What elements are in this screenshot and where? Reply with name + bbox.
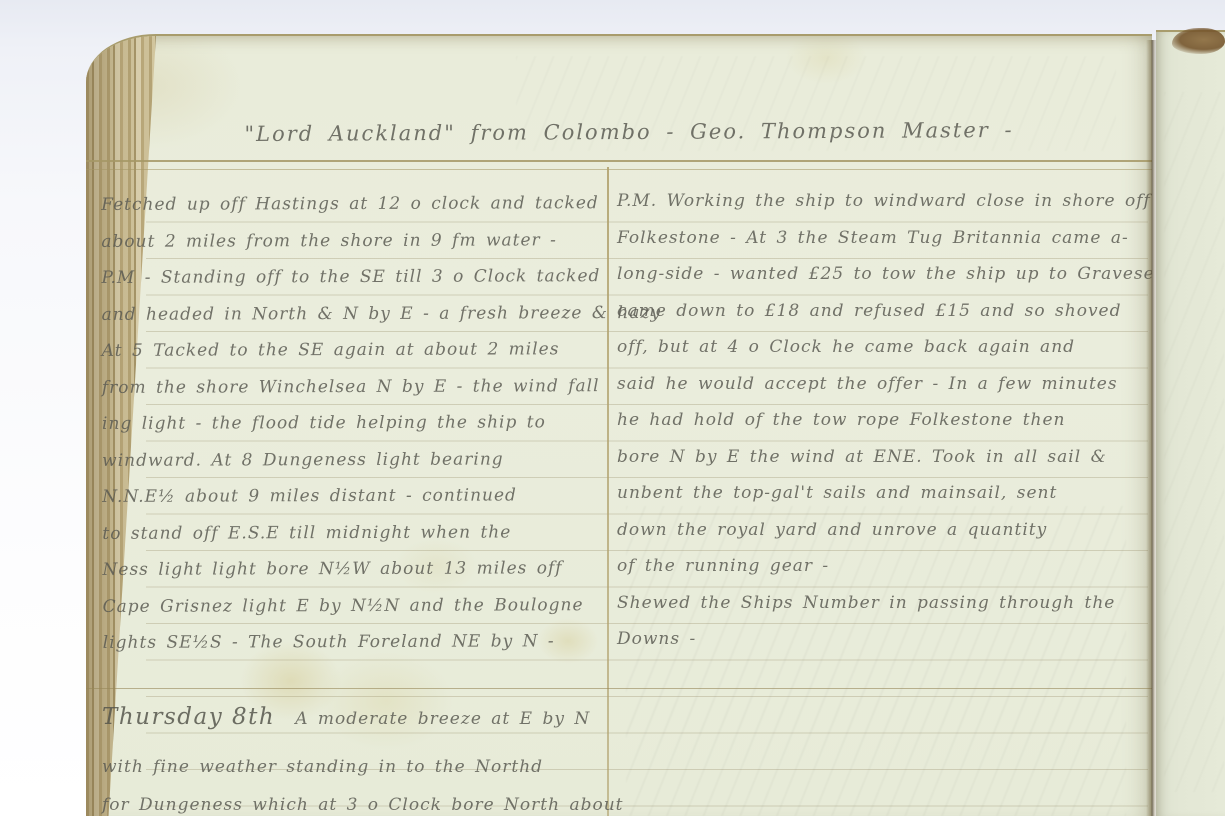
log-line: came down to £18 and refused £15 and so … xyxy=(613,293,1147,330)
log-line: off, but at 4 o Clock he came back again… xyxy=(613,329,1147,366)
log-line: with fine weather standing in to the Nor… xyxy=(102,748,622,786)
log-line: lights SE½S - The South Foreland NE by N… xyxy=(103,623,609,661)
log-line: P.M - Standing off to the SE till 3 o Cl… xyxy=(101,258,607,296)
log-line: Downs - xyxy=(613,621,1147,658)
thursday-entry: Thursday 8th A moderate breeze at E by N… xyxy=(102,704,622,816)
ink-bleedthrough xyxy=(1164,92,1224,792)
log-line: from the shore Winchelsea N by E - the w… xyxy=(102,368,608,406)
log-line: windward. At 8 Dungeness light bearing xyxy=(102,441,608,479)
entry-title: "Lord Auckland" from Colombo - Geo. Thom… xyxy=(206,110,1052,154)
log-line: and headed in North & N by E - a fresh b… xyxy=(102,295,608,333)
left-column: Fetched up off Hastings at 12 o clock an… xyxy=(101,185,609,661)
entry-opening-text: A moderate breeze at E by N xyxy=(295,709,590,729)
log-line: of the running gear - xyxy=(613,548,1147,585)
log-line: unbent the top-gal't sails and mainsail,… xyxy=(613,475,1147,512)
log-line: for Dungeness which at 3 o Clock bore No… xyxy=(102,786,622,816)
binding-fragment xyxy=(1172,28,1225,54)
log-line: down the royal yard and unrove a quantit… xyxy=(613,512,1147,549)
log-line: to stand off E.S.E till midnight when th… xyxy=(102,514,608,552)
entry-day-label: Thursday 8th xyxy=(102,704,275,730)
log-line: Shewed the Ships Number in passing throu… xyxy=(613,585,1147,622)
log-line: Folkestone - At 3 the Steam Tug Britanni… xyxy=(613,220,1147,257)
log-line: ing light - the flood tide helping the s… xyxy=(102,404,608,442)
log-line: At 5 Tacked to the SE again at about 2 m… xyxy=(102,331,608,369)
left-page: "Lord Auckland" from Colombo - Geo. Thom… xyxy=(86,34,1152,816)
log-line: long-side - wanted £25 to tow the ship u… xyxy=(613,256,1147,293)
entry-opening-line: Thursday 8th A moderate breeze at E by N xyxy=(102,704,622,748)
log-line: Fetched up off Hastings at 12 o clock an… xyxy=(101,185,607,223)
log-line: Ness light light bore N½W about 13 miles… xyxy=(102,550,608,588)
log-line: said he would accept the offer - In a fe… xyxy=(613,366,1147,403)
right-column: P.M. Working the ship to windward close … xyxy=(613,183,1147,658)
log-line: P.M. Working the ship to windward close … xyxy=(613,183,1147,220)
right-page xyxy=(1156,30,1225,816)
entry-body: with fine weather standing in to the Nor… xyxy=(102,748,622,816)
section-divider xyxy=(86,688,1152,689)
header-rule xyxy=(86,160,1152,170)
log-line: he had hold of the tow rope Folkestone t… xyxy=(613,402,1147,439)
log-line: N.N.E½ about 9 miles distant - continued xyxy=(102,477,608,515)
logbook-photo: "Lord Auckland" from Colombo - Geo. Thom… xyxy=(0,0,1225,816)
log-line: bore N by E the wind at ENE. Took in all… xyxy=(613,439,1147,476)
log-line: Cape Grisnez light E by N½N and the Boul… xyxy=(103,587,609,625)
log-line: about 2 miles from the shore in 9 fm wat… xyxy=(101,222,607,260)
